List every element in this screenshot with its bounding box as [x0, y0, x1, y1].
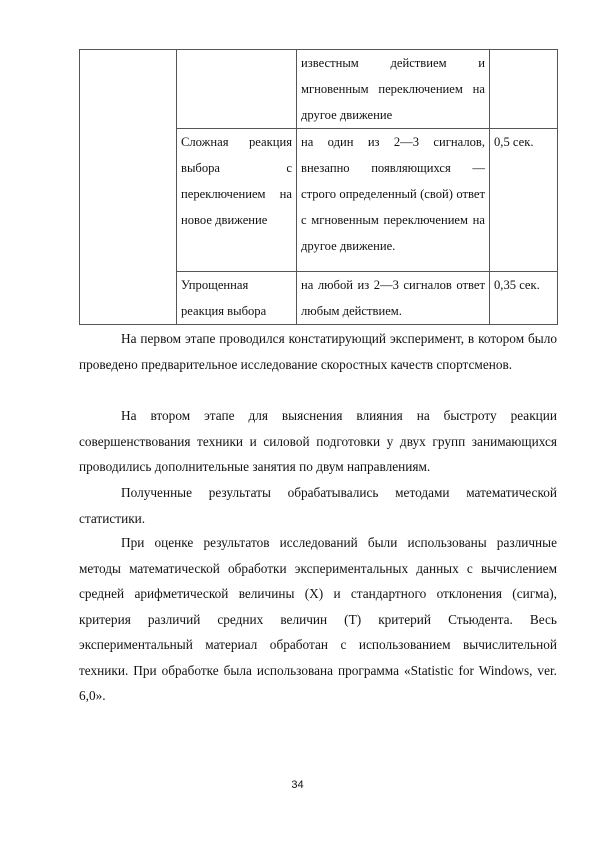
page-number: 34: [0, 779, 595, 791]
table-cell-time: [490, 50, 558, 129]
table-cell-type: Сложная реакция выбора с переключением н…: [177, 129, 297, 272]
table-cell-type: [177, 50, 297, 129]
paragraph-second-stage: На втором этапе для выяснения влияния на…: [79, 403, 557, 480]
table-cell-time: 0,5 сек.: [490, 129, 558, 272]
table-cell-type: Упрощенная реакция выбора: [177, 272, 297, 325]
table-cell-merged: [80, 50, 177, 325]
paragraph-methods: При оценке результатов исследований были…: [79, 530, 557, 709]
table-cell-description: на любой из 2—3 сигналов ответ любым дей…: [297, 272, 490, 325]
table-cell-time: 0,35 сек.: [490, 272, 558, 325]
reaction-table: известным действием и мгновенным переклю…: [79, 49, 558, 325]
paragraph-results: Полученные результаты обрабатывались мет…: [79, 480, 557, 531]
table-cell-description: известным действием и мгновенным переклю…: [297, 50, 490, 129]
table-cell-description: на один из 2—3 сигналов, внезапно появля…: [297, 129, 490, 272]
table-row: известным действием и мгновенным переклю…: [80, 50, 558, 129]
paragraph-first-stage: На первом этапе проводился констатирующи…: [79, 326, 557, 377]
